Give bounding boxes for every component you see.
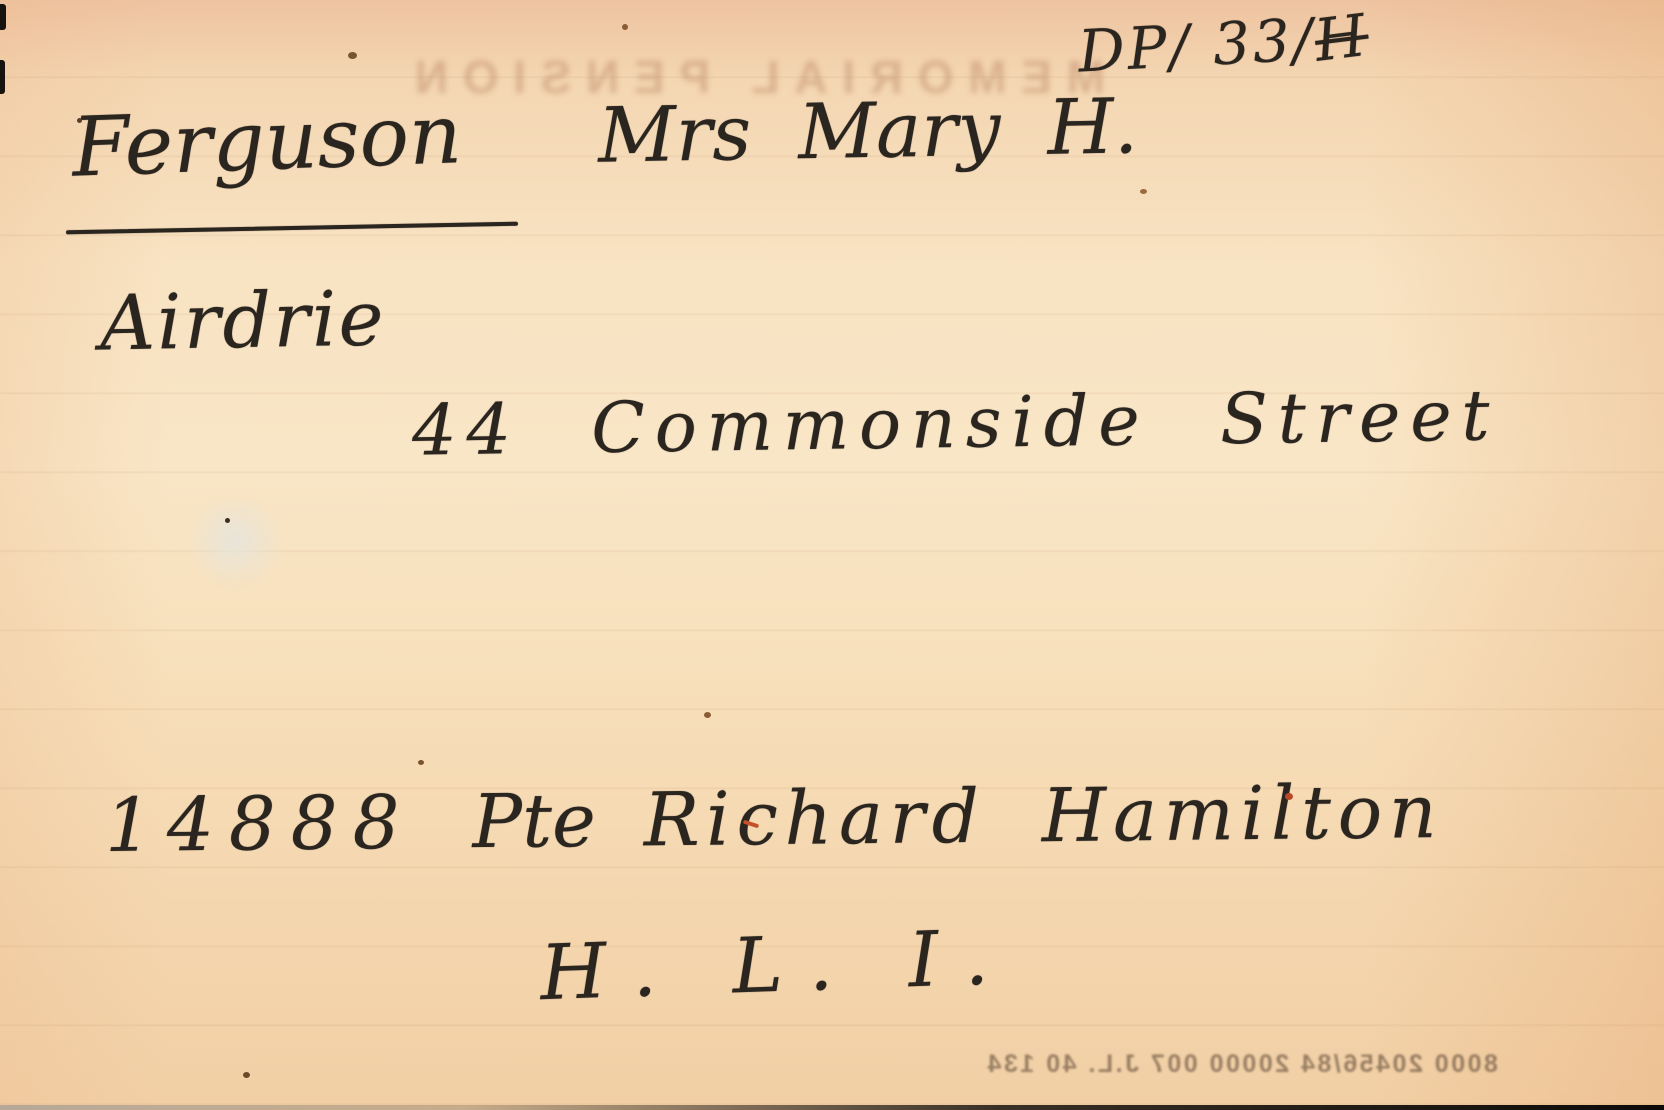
paper-smudge (185, 500, 285, 590)
regiment-abbreviation: H. L. I. (539, 912, 1016, 1017)
bleedthrough-print-bottom: 8000 20456/84 20000 007 J.L. 40 134 (985, 1050, 1498, 1079)
surname: Ferguson (70, 87, 463, 196)
scan-edge-mark (0, 4, 6, 30)
soldier-name: Richard Hamilton (643, 769, 1443, 863)
addressee-name: Mrs Mary H. (597, 81, 1138, 179)
paper-speck (704, 712, 711, 718)
paper-speck (225, 518, 230, 523)
record-card: MEMORIAL PENSION 8000 20456/84 20000 007… (0, 0, 1664, 1110)
scan-edge-shadow (0, 1105, 1664, 1110)
reference-prefix: DP/ 33/ (1076, 5, 1316, 85)
paper-speck (1140, 189, 1147, 194)
paper-speck (1285, 793, 1293, 800)
service-number: 14888 (105, 780, 415, 869)
paper-speck (418, 760, 424, 765)
scan-edge-mark (0, 60, 5, 94)
soldier-rank: Pte (472, 778, 596, 865)
reference-struck-letter: H (1311, 1, 1372, 75)
paper-speck (77, 118, 82, 123)
address-street: 44 Commonside Street (411, 374, 1499, 471)
paper-speck (348, 52, 357, 59)
reference-number: DP/ 33/H (1076, 2, 1370, 85)
paper-speck (243, 1072, 250, 1078)
address-town: Airdrie (99, 274, 386, 368)
paper-speck (622, 24, 628, 30)
surname-underline (66, 222, 518, 235)
soldier-line: 14888PteRichard Hamilton (105, 769, 1444, 869)
